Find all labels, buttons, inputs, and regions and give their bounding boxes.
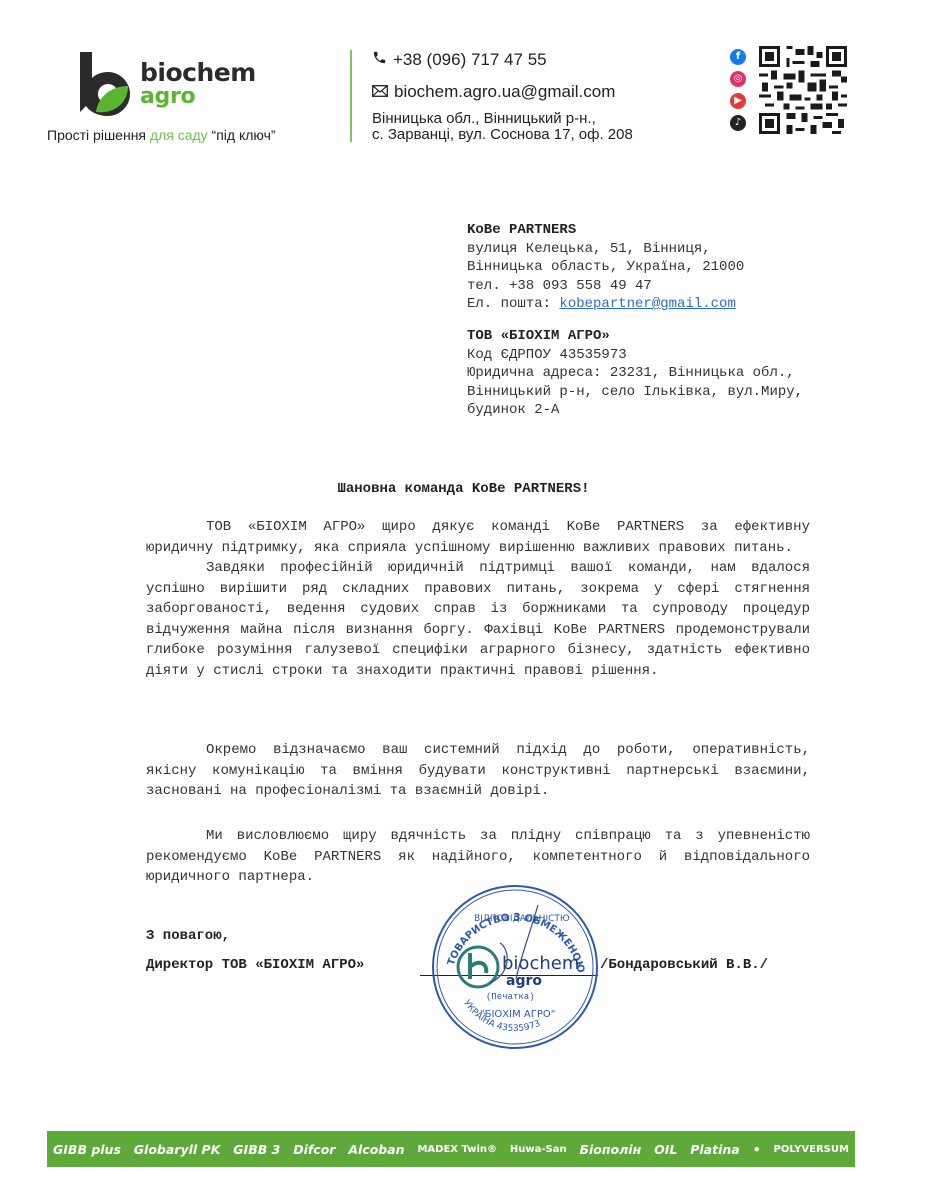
- paragraph-text: Завдяки професійній юридичній підтримці …: [146, 558, 810, 681]
- recipient-address-line: Вінницька область, Україна, 21000: [467, 258, 744, 277]
- brand-logo: Біополін: [580, 1142, 642, 1157]
- brand-logo: Globaryll PK: [134, 1142, 221, 1157]
- header-divider: [350, 50, 352, 142]
- brand-logo: •: [753, 1142, 761, 1157]
- sender-address-line: будинок 2-А: [467, 401, 803, 420]
- instagram-icon[interactable]: ◎: [730, 71, 746, 87]
- facebook-icon[interactable]: f: [730, 49, 746, 65]
- svg-text:biochem: biochem: [502, 953, 579, 974]
- phone-icon: [372, 50, 387, 70]
- paragraph-text: Окремо відзначаємо ваш системний підхід …: [146, 740, 810, 802]
- company-stamp-icon: ТОВАРИСТВО З ОБМЕЖЕНОЮ ВІДПОВІДАЛЬНІСТЮ …: [430, 883, 600, 1051]
- footer-brand-bar: GIBB plus Globaryll PK GIBB 3 Difcor Alc…: [47, 1131, 855, 1167]
- sender-block: ТОВ «БІОХІМ АГРО»Код ЄДРПОУ 43535973Юрид…: [467, 327, 803, 420]
- brand-logo: GIBB plus: [53, 1142, 121, 1157]
- address-line: Вінницька обл., Вінницький р-н.,: [372, 111, 633, 127]
- recipient-email-link[interactable]: kobepartner@gmail.com: [559, 296, 735, 312]
- sender-code: Код ЄДРПОУ 43535973: [467, 346, 803, 365]
- brand-logo: MADEX Twin®: [417, 1144, 497, 1155]
- header-email: biochem.agro.ua@gmail.com: [372, 82, 615, 102]
- recipient-block: KoBe PARTNERSвулиця Келецька, 51, Вінниц…: [467, 221, 744, 314]
- phone-text: +38 (096) 717 47 55: [393, 50, 547, 69]
- sender-address-line: Юридична адреса: 23231, Вінницька обл.,: [467, 364, 803, 383]
- sender-address-line: Вінницький р-н, село Ільківка, вул.Миру,: [467, 383, 803, 402]
- letter-greeting: Шановна команда KoBe PARTNERS!: [0, 481, 927, 497]
- brand-logo: Huwa-San: [510, 1144, 567, 1155]
- svg-text:agro: agro: [506, 973, 542, 989]
- tagline-green: для саду: [150, 127, 208, 143]
- brand-logo: Platina: [690, 1142, 739, 1157]
- logo-text-biochem: biochem: [140, 58, 256, 87]
- email-text[interactable]: biochem.agro.ua@gmail.com: [394, 82, 615, 101]
- recipient-name: KoBe PARTNERS: [467, 221, 744, 240]
- svg-text:"БІОХІМ АГРО": "БІОХІМ АГРО": [480, 1009, 555, 1020]
- svg-text:(Печатка): (Печатка): [486, 992, 535, 1002]
- closing-text: З повагою,: [146, 928, 230, 944]
- brand-logo: Difcor: [293, 1142, 335, 1157]
- recipient-address-line: вулиця Келецька, 51, Вінниця,: [467, 240, 744, 259]
- sender-name: ТОВ «БІОХІМ АГРО»: [467, 327, 803, 346]
- brand-logo: Alcoban: [348, 1142, 404, 1157]
- brand-logo: OIL: [654, 1142, 677, 1157]
- signatory-title: Директор ТОВ «БІОХІМ АГРО»: [146, 957, 364, 973]
- letter-paragraph-3: Окремо відзначаємо ваш системний підхід …: [146, 740, 810, 802]
- tagline: Прості рішення для саду “під ключ”: [47, 127, 276, 143]
- qr-code-icon[interactable]: [759, 46, 847, 134]
- recipient-phone: тел. +38 093 558 49 47: [467, 277, 744, 296]
- youtube-icon[interactable]: ▶: [730, 93, 746, 109]
- header-address: Вінницька обл., Вінницький р-н., с. Зарв…: [372, 111, 633, 143]
- brand-logo: GIBB 3: [233, 1142, 280, 1157]
- signatory-name: /Бондаровський В.В./: [600, 957, 768, 973]
- tiktok-icon[interactable]: ♪: [730, 115, 746, 131]
- logo-text-agro: agro: [140, 84, 195, 109]
- tagline-part: Прості рішення: [47, 127, 150, 143]
- svg-text:ВІДПОВІДАЛЬНІСТЮ: ВІДПОВІДАЛЬНІСТЮ: [474, 914, 570, 924]
- paragraph-text: ТОВ «БІОХІМ АГРО» щиро дякує команді KoB…: [146, 517, 810, 558]
- brand-logo: POLYVERSUM: [774, 1144, 849, 1155]
- email-label: Ел. пошта:: [467, 296, 559, 312]
- paragraph-text: Ми висловлюємо щиру вдячність за плідну …: [146, 826, 810, 888]
- recipient-email-row: Ел. пошта: kobepartner@gmail.com: [467, 295, 744, 314]
- biochem-logo-icon: [78, 52, 130, 118]
- address-line: с. Зарванці, вул. Соснова 17, оф. 208: [372, 127, 633, 143]
- header-phone: +38 (096) 717 47 55: [372, 50, 547, 70]
- letter-paragraph-4: Ми висловлюємо щиру вдячність за плідну …: [146, 826, 810, 888]
- letter-paragraph-1: ТОВ «БІОХІМ АГРО» щиро дякує команді KoB…: [146, 517, 810, 681]
- tagline-part: “під ключ”: [208, 127, 276, 143]
- envelope-icon: [372, 82, 388, 102]
